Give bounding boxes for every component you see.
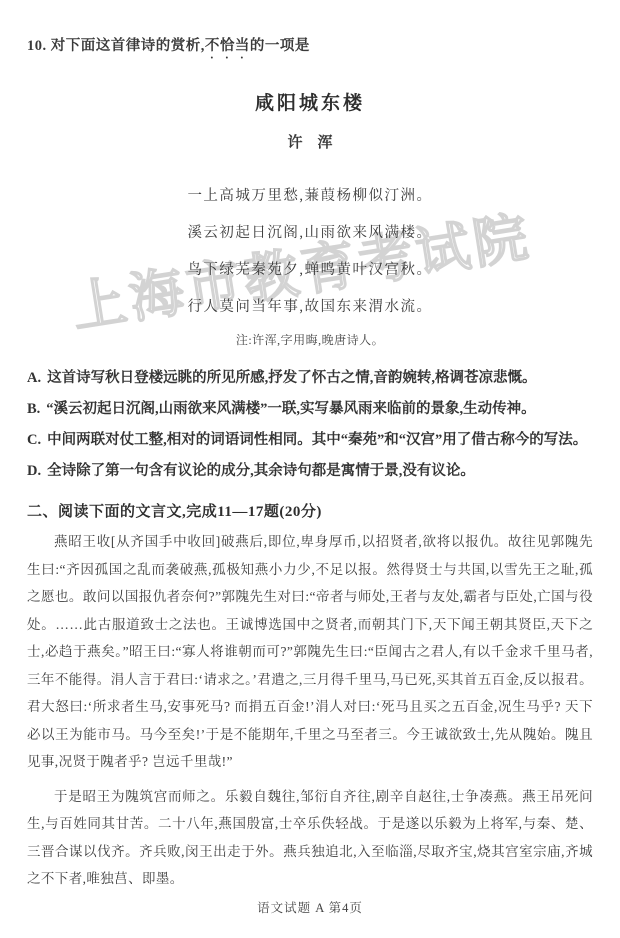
question-10-stem: 10. 对下面这首律诗的赏析,不恰当的一项是 (27, 34, 593, 62)
question-stem-suffix: 的一项是 (250, 38, 310, 54)
passage-paragraph-1: 燕昭王收[从齐国手中收回]破燕后,即位,卑身厚币,以招贤者,欲将以报仇。故往见郭… (27, 528, 593, 776)
option-d-label: D. (27, 463, 41, 479)
option-a: A.这首诗写秋日登楼远眺的所见所感,抒发了怀古之情,音韵婉转,格调苍凉悲慨。 (27, 363, 593, 394)
option-c-text: 中间两联对仗工整,相对的词语词性相同。其中“秦苑”和“汉宫”用了借古称今的写法。 (47, 432, 587, 448)
question-stem-emphasis: 不恰当 (205, 38, 250, 54)
poem-line: 行人莫问当年事,故国东来渭水流。 (27, 289, 593, 326)
poem-line: 鸟下绿芜秦苑夕,蝉鸣黄叶汉宫秋。 (27, 252, 593, 289)
option-a-label: A. (27, 370, 41, 386)
passage-paragraph-2: 于是昭王为隗筑宫而师之。乐毅自魏往,邹衍自齐往,剧辛自赵往,士争凑燕。燕王吊死问… (27, 783, 593, 893)
option-a-text: 这首诗写秋日登楼远眺的所见所感,抒发了怀古之情,音韵婉转,格调苍凉悲慨。 (47, 370, 536, 386)
option-b: B.“溪云初起日沉阁,山雨欲来风满楼”一联,实写暴风雨来临前的景象,生动传神。 (27, 394, 593, 425)
poem-line: 溪云初起日沉阁,山雨欲来风满楼。 (27, 215, 593, 252)
option-d-text: 全诗除了第一句含有议论的成分,其余诗句都是寓情于景,没有议论。 (47, 463, 475, 479)
poem-body: 一上高城万里愁,蒹葭杨柳似汀洲。 溪云初起日沉阁,山雨欲来风满楼。 鸟下绿芜秦苑… (27, 178, 593, 326)
option-d: D.全诗除了第一句含有议论的成分,其余诗句都是寓情于景,没有议论。 (27, 456, 593, 487)
question-stem-prefix: 10. 对下面这首律诗的赏析, (27, 38, 205, 54)
poem-line: 一上高城万里愁,蒹葭杨柳似汀洲。 (27, 178, 593, 215)
poem-note: 注:许浑,字用晦,晚唐诗人。 (27, 331, 593, 348)
exam-page: 上海市教育考试院 10. 对下面这首律诗的赏析,不恰当的一项是 咸阳城东楼 许 … (0, 0, 620, 938)
option-c-label: C. (27, 432, 41, 448)
option-c: C.中间两联对仗工整,相对的词语词性相同。其中“秦苑”和“汉宫”用了借古称今的写… (27, 425, 593, 456)
page-content: 10. 对下面这首律诗的赏析,不恰当的一项是 咸阳城东楼 许 浑 一上高城万里愁… (0, 34, 620, 893)
option-b-text: “溪云初起日沉阁,山雨欲来风满楼”一联,实写暴风雨来临前的景象,生动传神。 (46, 401, 535, 417)
poem-title: 咸阳城东楼 (27, 88, 593, 115)
section-2-heading: 二、阅读下面的文言文,完成11—17题(20分) (27, 500, 593, 521)
poem-author: 许 浑 (27, 131, 593, 152)
page-footer: 语文试题 A 第4页 (0, 898, 620, 916)
options-list: A.这首诗写秋日登楼远眺的所见所感,抒发了怀古之情,音韵婉转,格调苍凉悲慨。 B… (27, 363, 593, 487)
option-b-label: B. (27, 401, 40, 417)
